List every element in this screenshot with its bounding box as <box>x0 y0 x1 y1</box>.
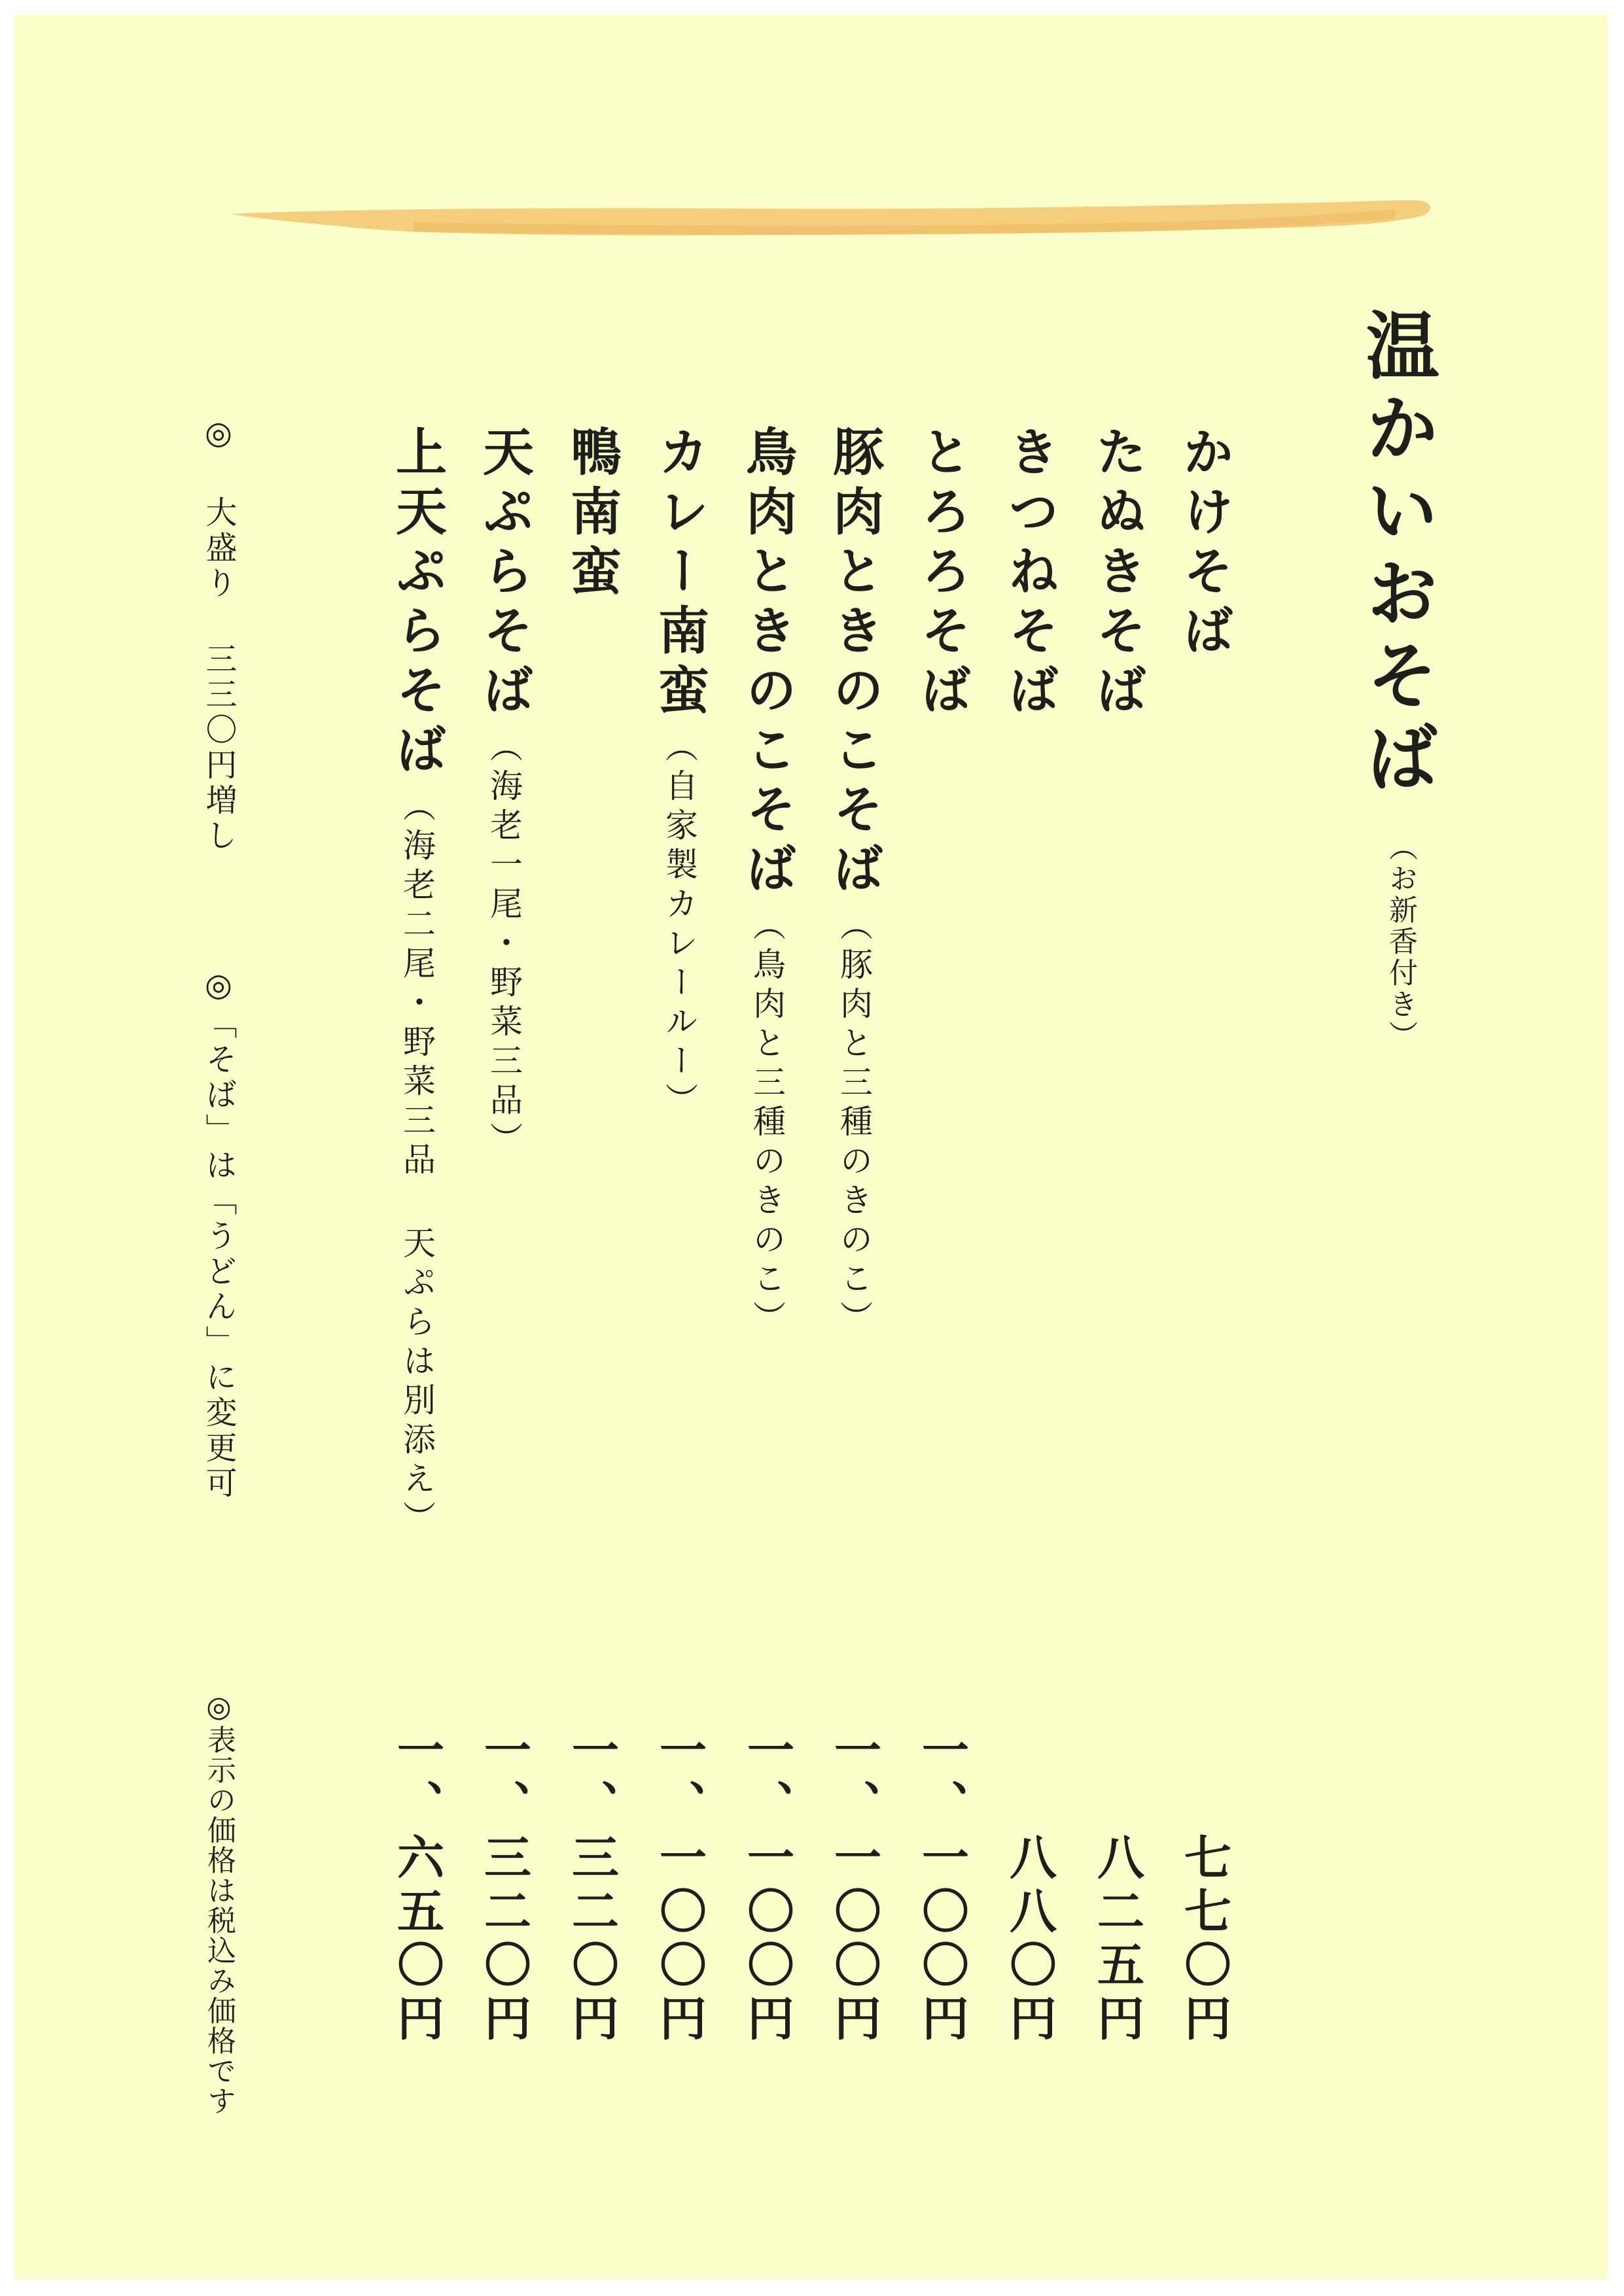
menu-item-price: 一、一〇〇円 <box>830 1726 877 2047</box>
menu-item-name: 上天ぷらそば <box>387 425 447 782</box>
menu-item-pork-mushroom-soba: 豚肉ときのこそば（豚肉と三種のきのこ） <box>828 425 879 1340</box>
menu-item-tempura-soba: 天ぷらそば（海老一尾・野菜三品） <box>478 425 529 1161</box>
double-circle-mark: ◎ <box>200 967 237 1007</box>
menu-item-price: 一、三二〇円 <box>568 1726 615 2047</box>
menu-item-price: 一、六五〇円 <box>393 1726 440 2047</box>
menu-item-price: 八二五円 <box>1093 1833 1140 2047</box>
menu-item-name: カレー南蛮 <box>650 425 709 723</box>
menu-item-name: 豚肉ときのこそば <box>824 425 884 901</box>
menu-item-price: 一、三二〇円 <box>480 1726 527 2047</box>
menu-item-price: 一、一〇〇円 <box>656 1726 703 2047</box>
menu-item-name: たぬきそば <box>1087 425 1147 723</box>
menu-item-name: とろろそば <box>912 425 972 723</box>
menu-item-tororo-soba: とろろそば <box>916 425 967 723</box>
menu-item-tanuki-soba: たぬきそば <box>1091 425 1142 723</box>
menu-item-name: きつねそば <box>1000 425 1059 723</box>
menu-item-chicken-mushroom-soba: 鳥肉ときのこそば（鳥肉と三種のきのこ） <box>741 425 792 1340</box>
menu-item-kitsune-soba: きつねそば <box>1004 425 1055 723</box>
menu-item-name: 鳥肉ときのこそば <box>737 425 797 901</box>
menu-item-note: （海老一尾・野菜三品） <box>487 729 520 1161</box>
menu-item-kamo-nanban: 鴨南蛮 <box>566 425 617 604</box>
menu-item-price: 一、一〇〇円 <box>918 1726 965 2047</box>
menu-item-name: 天ぷらそば <box>474 425 534 723</box>
menu-item-kake-soba: かけそば <box>1178 425 1229 663</box>
menu-item-price: 七七〇円 <box>1180 1833 1227 2047</box>
menu-item-name: 鴨南蛮 <box>562 425 622 604</box>
menu-item-price: 一、一〇〇円 <box>743 1726 790 2047</box>
menu-item-curry-nanban: カレー南蛮（自家製カレールー） <box>654 425 705 1122</box>
menu-item-name: かけそば <box>1174 425 1234 663</box>
menu-item-price: 八八〇円 <box>1006 1833 1053 2047</box>
udon-change-note: 「そば」は「うどん」に変更可 <box>200 1007 237 1502</box>
brush-stroke-decoration <box>230 194 1434 247</box>
section-title: 温かいおそば <box>1360 307 1433 802</box>
menu-page: 温かいおそば （お新香付き） かけそば たぬきそば きつねそば とろろそば 豚肉… <box>14 14 1608 2280</box>
large-portion-note: 大盛り 三三〇円増し <box>200 496 237 854</box>
menu-item-note: （自家製カレールー） <box>663 729 696 1122</box>
menu-item-note: （鳥肉と三種のきのこ） <box>750 908 783 1340</box>
double-circle-mark: ◎ <box>200 415 237 455</box>
section-title-note: （お新香付き） <box>1386 832 1415 1052</box>
menu-item-note: （海老二尾・野菜三品 天ぷらは別添え） <box>400 789 433 1540</box>
menu-item-note: （豚肉と三種のきのこ） <box>838 908 870 1340</box>
options-note: ◎ 大盛り 三三〇円増し ◎「そば」は「うどん」に変更可 <box>203 415 234 1502</box>
menu-item-jo-tempura-soba: 上天ぷらそば（海老二尾・野菜三品 天ぷらは別添え） <box>391 425 442 1540</box>
tax-included-note: ◎表示の価格は税込み価格です <box>204 1690 233 2116</box>
